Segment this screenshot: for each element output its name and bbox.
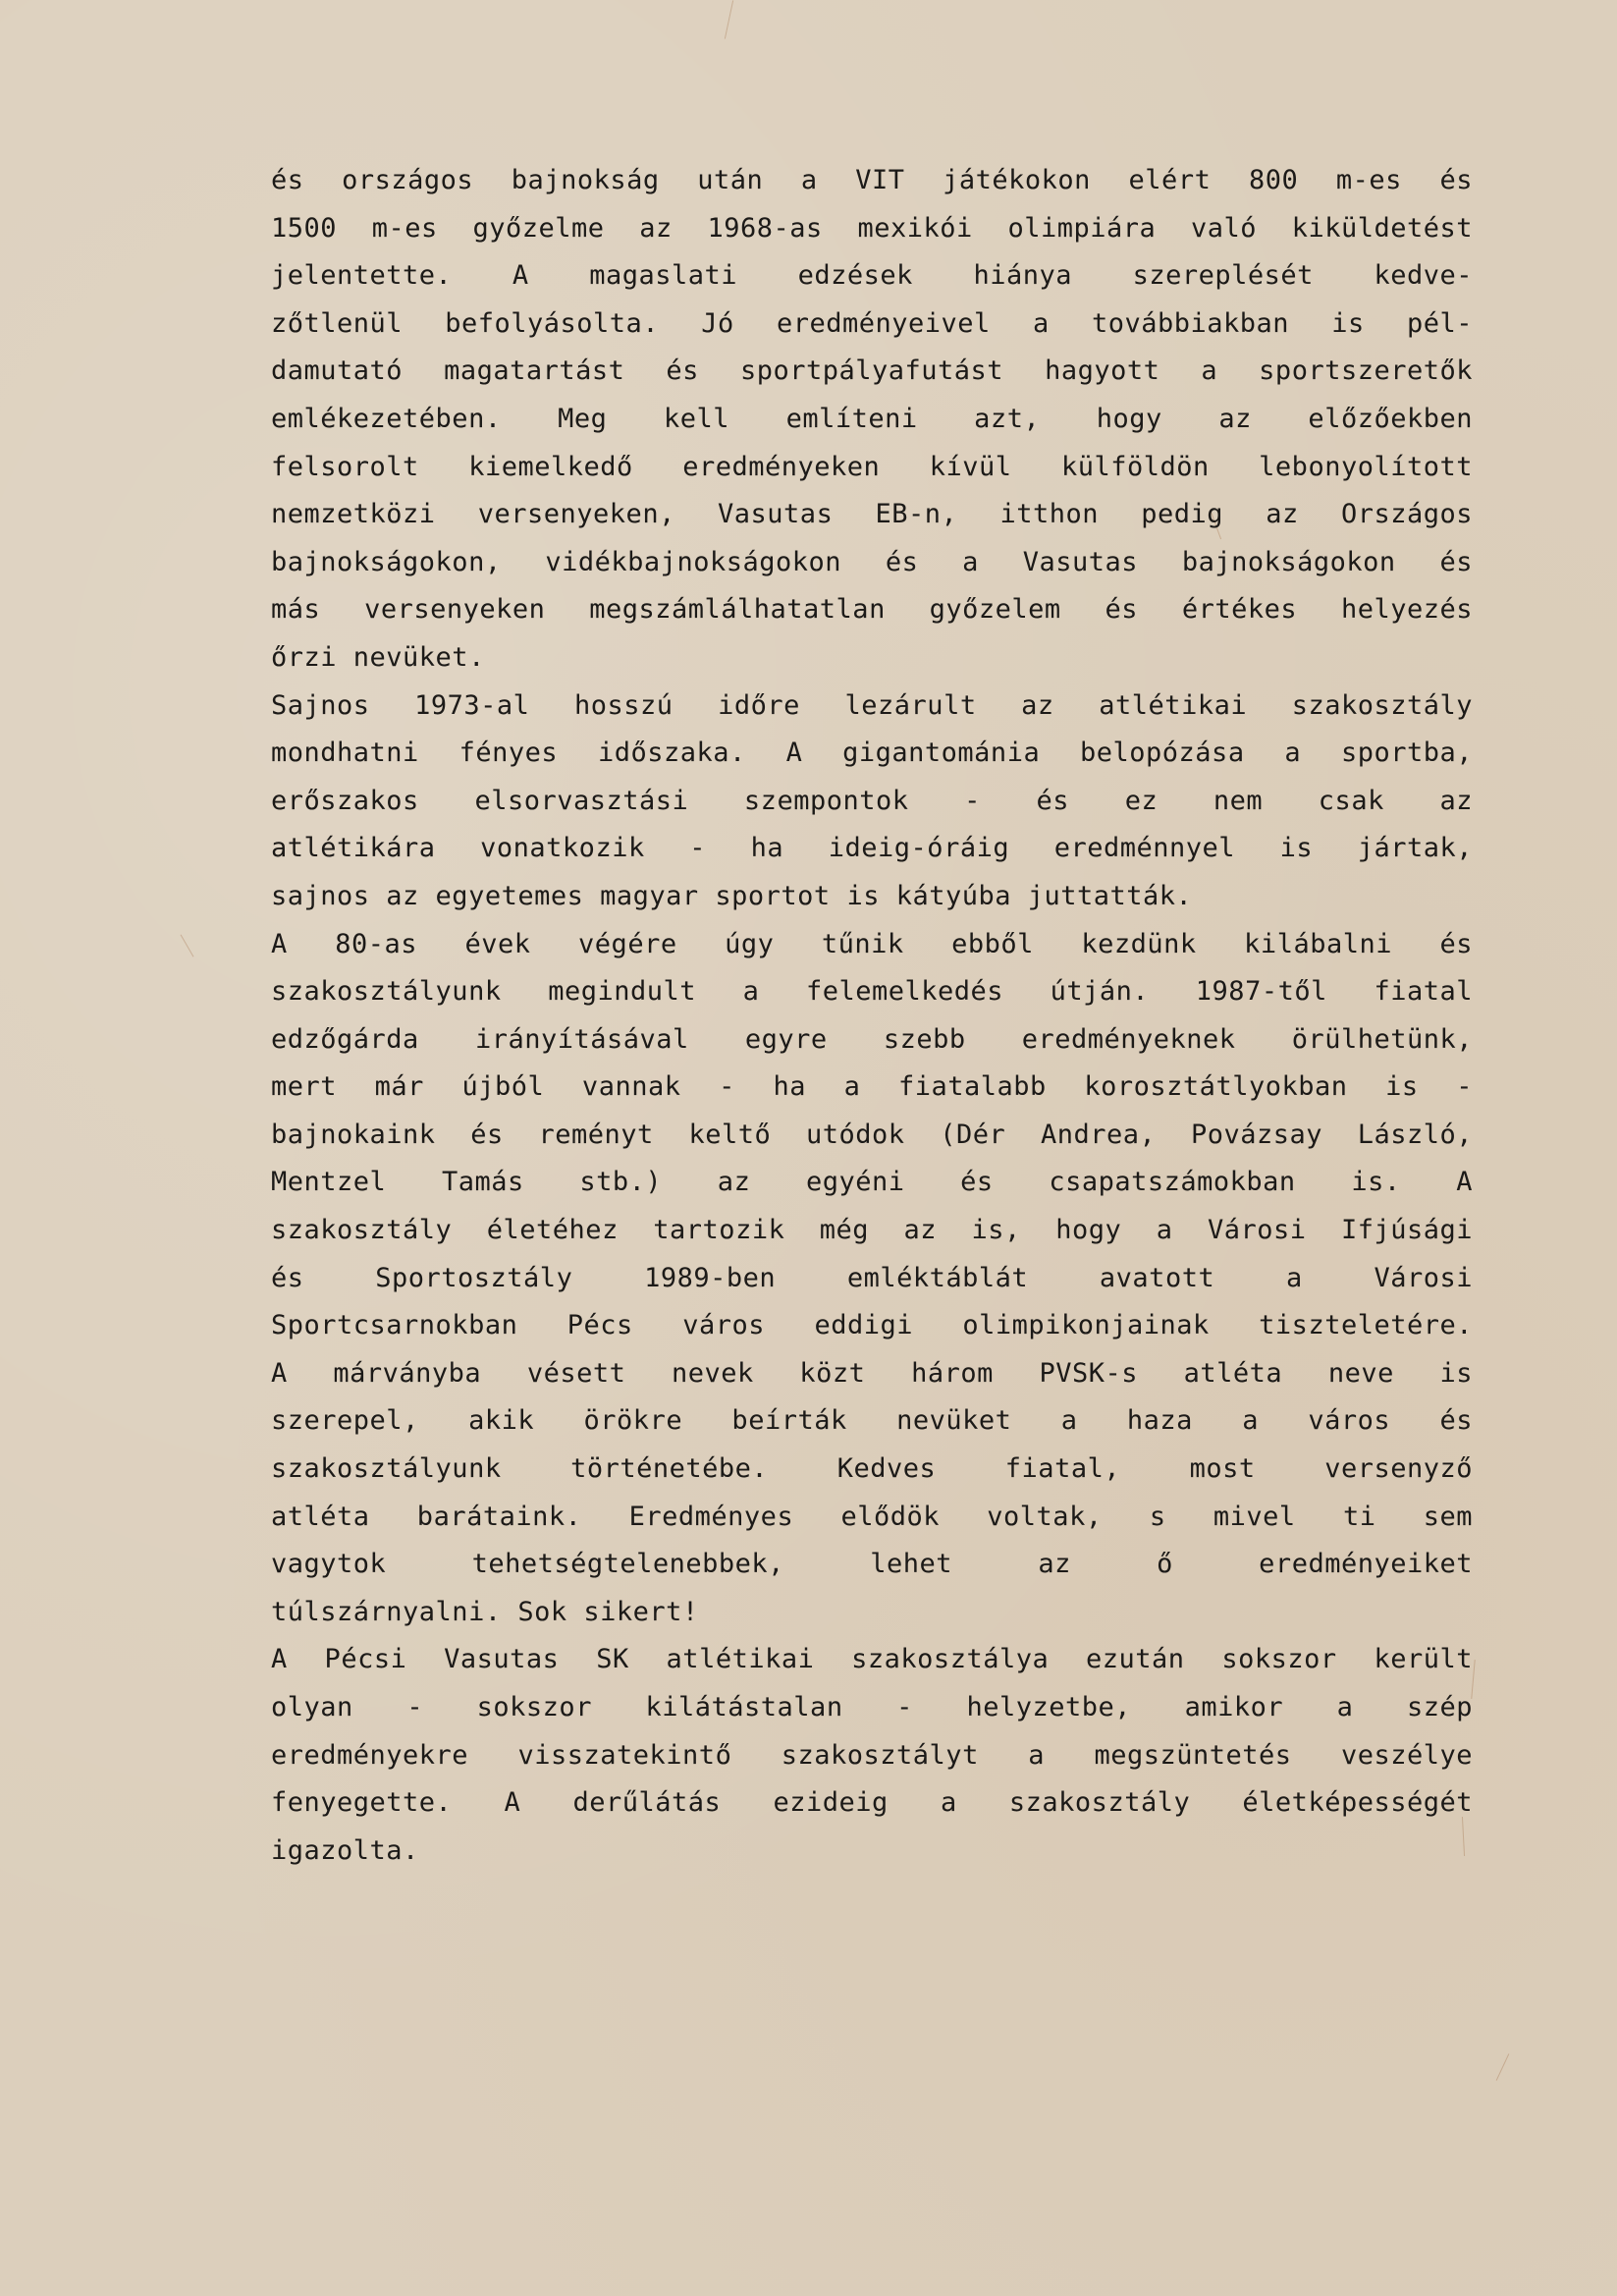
paper-fiber — [181, 934, 194, 957]
paper-fiber — [1496, 2053, 1510, 2081]
text-line: Mentzel Tamás stb.) az egyéni és csapats… — [271, 1159, 1473, 1207]
text-line: 1500 m-es győzelme az 1968-as mexikói ol… — [271, 205, 1473, 253]
text-line: túlszárnyalni. Sok sikert! — [271, 1589, 1473, 1637]
text-line: bajnokságokon, vidékbajnokságokon és a V… — [271, 539, 1473, 587]
typewritten-page: és országos bajnokság után a VIT játékok… — [271, 157, 1473, 1875]
text-line: és országos bajnokság után a VIT játékok… — [271, 157, 1473, 205]
text-line: Sajnos 1973-al hosszú időre lezárult az … — [271, 683, 1473, 731]
text-line: sajnos az egyetemes magyar sportot is ká… — [271, 873, 1473, 921]
paragraph-revival-80s: A 80-as évek végére úgy tűnik ebből kezd… — [271, 921, 1473, 1637]
text-line: A Pécsi Vasutas SK atlétikai szakosztály… — [271, 1636, 1473, 1684]
text-line: és Sportosztály 1989-ben emléktáblát ava… — [271, 1255, 1473, 1303]
text-line: szakosztályunk megindult a felemelkedés … — [271, 968, 1473, 1016]
text-line: erőszakos elsorvasztási szempontok - és … — [271, 778, 1473, 826]
text-line: jelentette. A magaslati edzések hiánya s… — [271, 252, 1473, 301]
text-line: eredményekre visszatekintő szakosztályt … — [271, 1732, 1473, 1780]
text-line: olyan - sokszor kilátástalan - helyzetbe… — [271, 1684, 1473, 1732]
text-line: igazolta. — [271, 1828, 1473, 1876]
paragraph-olympics: és országos bajnokság után a VIT játékok… — [271, 157, 1473, 683]
text-line: fenyegette. A derűlátás ezideig a szakos… — [271, 1779, 1473, 1828]
text-line: zőtlenül befolyásolta. Jó eredményeivel … — [271, 301, 1473, 349]
text-line: szakosztály életéhez tartozik még az is,… — [271, 1207, 1473, 1255]
text-line: bajnokaink és reményt keltő utódok (Dér … — [271, 1112, 1473, 1160]
text-line: A márványba vésett nevek közt három PVSK… — [271, 1350, 1473, 1398]
text-line: más versenyeken megszámlálhatatlan győze… — [271, 586, 1473, 634]
text-line: edzőgárda irányításával egyre szebb ered… — [271, 1016, 1473, 1065]
text-line: atlétikára vonatkozik - ha ideig-óráig e… — [271, 825, 1473, 873]
text-line: szakosztályunk történetébe. Kedves fiata… — [271, 1446, 1473, 1494]
text-line: Sportcsarnokban Pécs város eddigi olimpi… — [271, 1302, 1473, 1350]
text-line: nemzetközi versenyeken, Vasutas EB-n, it… — [271, 491, 1473, 539]
text-line: A 80-as évek végére úgy tűnik ebből kezd… — [271, 921, 1473, 969]
text-line: őrzi nevüket. — [271, 634, 1473, 683]
text-line: atléta barátaink. Eredményes elődök volt… — [271, 1494, 1473, 1542]
text-line: vagytok tehetségtelenebbek, lehet az ő e… — [271, 1541, 1473, 1589]
text-line: damutató magatartást és sportpályafutást… — [271, 348, 1473, 396]
paragraph-conclusion: A Pécsi Vasutas SK atlétikai szakosztály… — [271, 1636, 1473, 1875]
text-line: szerepel, akik örökre beírták nevüket a … — [271, 1397, 1473, 1446]
text-line: felsorolt kiemelkedő eredményeken kívül … — [271, 444, 1473, 492]
text-line: mondhatni fényes időszaka. A gigantománi… — [271, 730, 1473, 778]
paper-fiber — [725, 0, 733, 38]
text-line: emlékezetében. Meg kell említeni azt, ho… — [271, 396, 1473, 444]
paragraph-decline-1973: Sajnos 1973-al hosszú időre lezárult az … — [271, 683, 1473, 921]
text-line: mert már újból vannak - ha a fiatalabb k… — [271, 1064, 1473, 1112]
